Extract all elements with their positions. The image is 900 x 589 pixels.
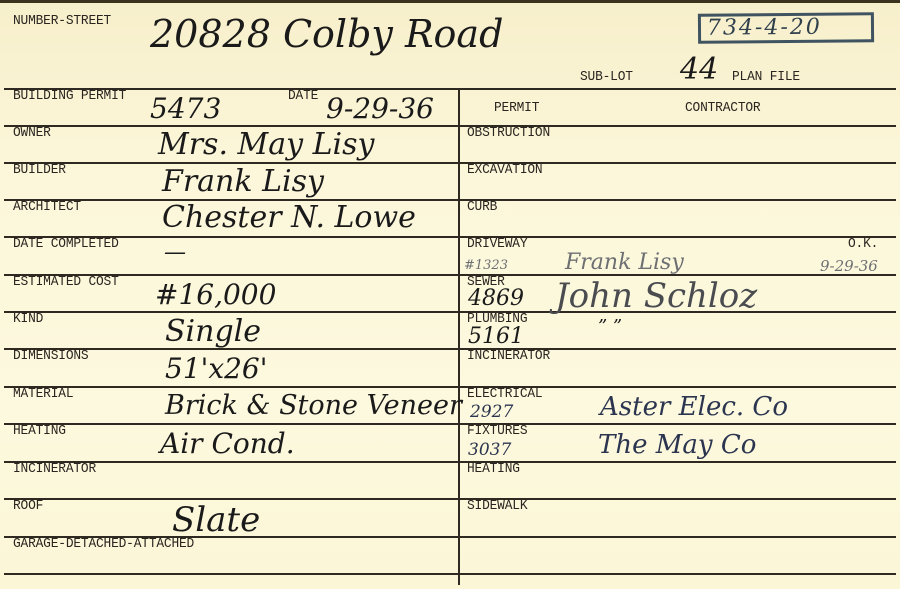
electrical-label: ELECTRICAL <box>467 386 542 402</box>
building-permit-value: 5473 <box>150 92 221 125</box>
rule-line <box>4 125 896 127</box>
building-permit-label: BUILDING PERMIT <box>13 88 126 104</box>
rule-line <box>4 236 896 238</box>
sidewalk-label: SIDEWALK <box>467 498 527 514</box>
driveway-status: O.K. <box>848 236 878 252</box>
date-completed-value: — <box>164 240 186 265</box>
driveway-contractor: Frank Lisy <box>565 250 684 275</box>
material-value: Brick & Stone Veneer <box>165 390 462 421</box>
kind-value: Single <box>165 314 261 349</box>
plumbing-permit: 5161 <box>468 324 524 349</box>
sewer-permit: 4869 <box>468 286 524 311</box>
driveway-permit: #1323 <box>464 258 508 273</box>
rule-line <box>4 311 896 313</box>
incinerator-label: INCINERATOR <box>13 461 96 477</box>
rule-line <box>4 88 896 90</box>
number-street-value: 20828 Colby Road <box>150 12 503 56</box>
roof-value: Slate <box>172 500 260 540</box>
plumbing-contractor: ” ” <box>598 316 622 337</box>
rule-line <box>4 162 896 164</box>
fixtures-label: FIXTURES <box>467 423 527 439</box>
number-street-label: NUMBER-STREET <box>13 13 111 29</box>
contractor-column-header: CONTRACTOR <box>685 100 760 116</box>
driveway-label: DRIVEWAY <box>467 236 527 252</box>
fixtures-permit: 3037 <box>468 440 511 460</box>
sub-lot-label: SUB-LOT <box>580 69 633 85</box>
architect-value: Chester N. Lowe <box>162 200 416 235</box>
stamp-number: 734-4-20 <box>698 12 874 44</box>
builder-value: Frank Lisy <box>162 164 324 199</box>
rule-line <box>4 386 896 388</box>
date-label: DATE <box>288 88 318 104</box>
electrical-contractor: Aster Elec. Co <box>600 392 788 422</box>
permit-column-header: PERMIT <box>494 100 539 116</box>
heating-value: Air Cond. <box>160 427 295 460</box>
rule-line <box>4 573 896 575</box>
obstruction-label: OBSTRUCTION <box>467 125 550 141</box>
driveway-date: 9-29-36 <box>820 257 878 275</box>
date-value: 9-29-36 <box>326 92 434 125</box>
column-divider <box>458 88 460 585</box>
owner-value: Mrs. May Lisy <box>158 127 374 162</box>
rule-line <box>4 274 896 276</box>
owner-label: OWNER <box>13 125 51 141</box>
garage-label: GARAGE-DETACHED-ATTACHED <box>13 536 194 552</box>
architect-label: ARCHITECT <box>13 199 81 215</box>
estimated-cost-label: ESTIMATED COST <box>13 274 119 290</box>
date-completed-label: DATE COMPLETED <box>13 236 119 252</box>
sewer-contractor: John Schloz <box>555 276 757 316</box>
building-permit-card: NUMBER-STREET 20828 Colby Road 734-4-20 … <box>0 0 900 589</box>
rule-line <box>4 423 896 425</box>
plan-file-label: PLAN FILE <box>732 69 800 85</box>
heating-permit-label: HEATING <box>467 461 520 477</box>
incinerator-permit-label: INCINERATOR <box>467 348 550 364</box>
rule-line <box>4 348 896 350</box>
kind-label: KIND <box>13 311 43 327</box>
estimated-cost-value: #16,000 <box>155 278 276 311</box>
electrical-permit: 2927 <box>470 402 513 422</box>
fixtures-contractor: The May Co <box>598 430 756 460</box>
excavation-label: EXCAVATION <box>467 162 542 178</box>
rule-line <box>4 498 896 500</box>
sub-lot-value: 44 <box>680 52 718 87</box>
heating-label: HEATING <box>13 423 66 439</box>
rule-line <box>4 199 896 201</box>
dimensions-label: DIMENSIONS <box>13 348 88 364</box>
curb-label: CURB <box>467 199 497 215</box>
card-top-edge <box>0 0 900 3</box>
roof-label: ROOF <box>13 498 43 514</box>
dimensions-value: 51'x26' <box>165 352 267 385</box>
material-label: MATERIAL <box>13 386 73 402</box>
builder-label: BUILDER <box>13 162 66 178</box>
rule-line <box>4 461 896 463</box>
